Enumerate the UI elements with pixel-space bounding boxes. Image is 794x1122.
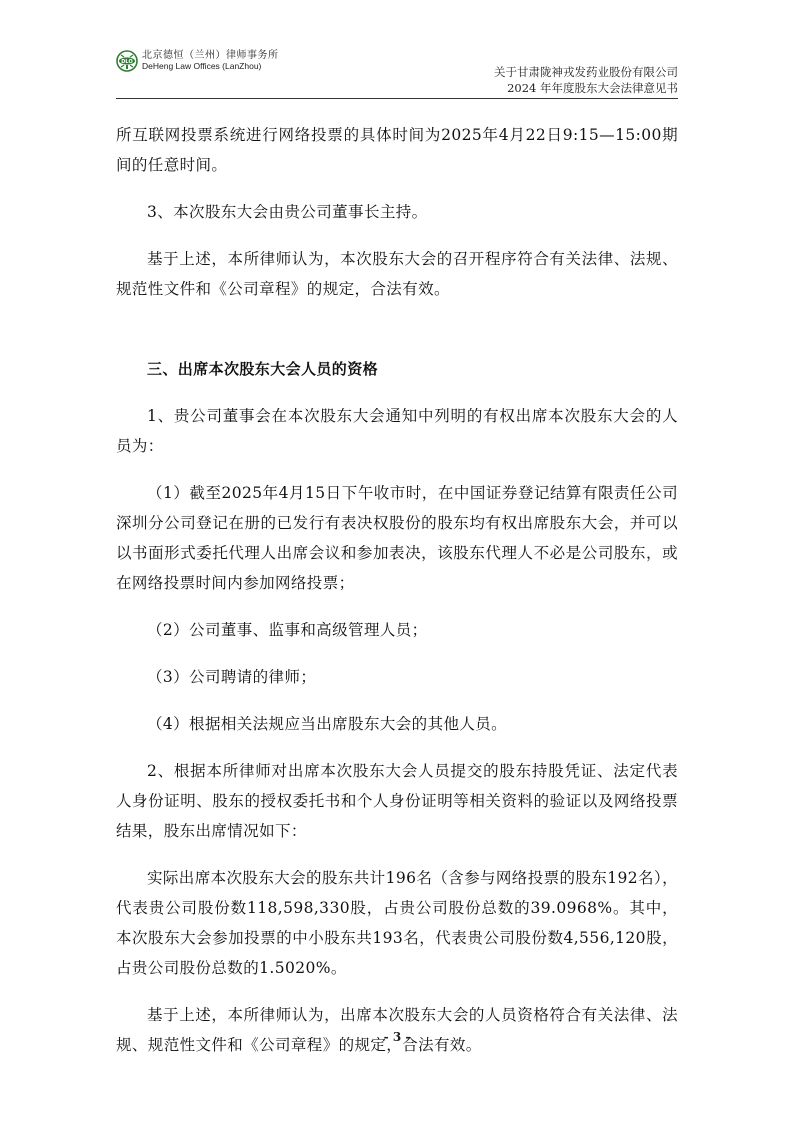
law-firm-logo-icon: DLO: [116, 50, 138, 72]
paragraph-verification: 2、根据本所律师对出席本次股东大会人员提交的股东持股凭证、法定代表人身份证明、股…: [116, 756, 678, 846]
document-title-line1: 关于甘肃陇神戎发药业股份有限公司: [494, 64, 678, 80]
paragraph-chair: 3、本次股东大会由贵公司董事长主持。: [116, 197, 678, 227]
page-header: DLO 北京德恒（兰州）律师事务所 DeHeng Law Offices (La…: [116, 50, 678, 100]
law-firm-name-en: DeHeng Law Offices (LanZhou): [142, 61, 279, 72]
paragraph-procedure-conclusion: 基于上述，本所律师认为，本次股东大会的召开程序符合有关法律、法规、规范性文件和《…: [116, 244, 678, 304]
header-divider: [116, 98, 678, 99]
svg-text:DLO: DLO: [121, 59, 132, 65]
list-item-lawyers: （3）公司聘请的律师；: [116, 662, 678, 692]
law-firm-name-cn: 北京德恒（兰州）律师事务所: [142, 50, 279, 61]
document-title-line2: 2024 年年度股东大会法律意见书: [494, 80, 678, 96]
paragraph-eligible-attendees: 1、贵公司董事会在本次股东大会通知中列明的有权出席本次股东大会的人员为：: [116, 401, 678, 461]
document-title: 关于甘肃陇神戎发药业股份有限公司 2024 年年度股东大会法律意见书: [494, 64, 678, 96]
list-item-others: （4）根据相关法规应当出席股东大会的其他人员。: [116, 709, 678, 739]
page-number: - 3 -: [0, 1030, 794, 1044]
section-title-attendee-qualification: 三、出席本次股东大会人员的资格: [116, 354, 678, 384]
document-body: 所互联网投票系统进行网络投票的具体时间为2025年4月22日9:15—15:00…: [116, 120, 678, 1060]
law-firm-logo: DLO 北京德恒（兰州）律师事务所 DeHeng Law Offices (La…: [116, 50, 279, 72]
list-item-directors: （2）公司董事、监事和高级管理人员；: [116, 615, 678, 645]
paragraph-attendance-stats: 实际出席本次股东大会的股东共计196名（含参与网络投票的股东192名），代表贵公…: [116, 863, 678, 983]
paragraph-voting-time: 所互联网投票系统进行网络投票的具体时间为2025年4月22日9:15—15:00…: [116, 120, 678, 180]
list-item-shareholders: （1）截至2025年4月15日下午收市时，在中国证券登记结算有限责任公司深圳分公…: [116, 478, 678, 598]
